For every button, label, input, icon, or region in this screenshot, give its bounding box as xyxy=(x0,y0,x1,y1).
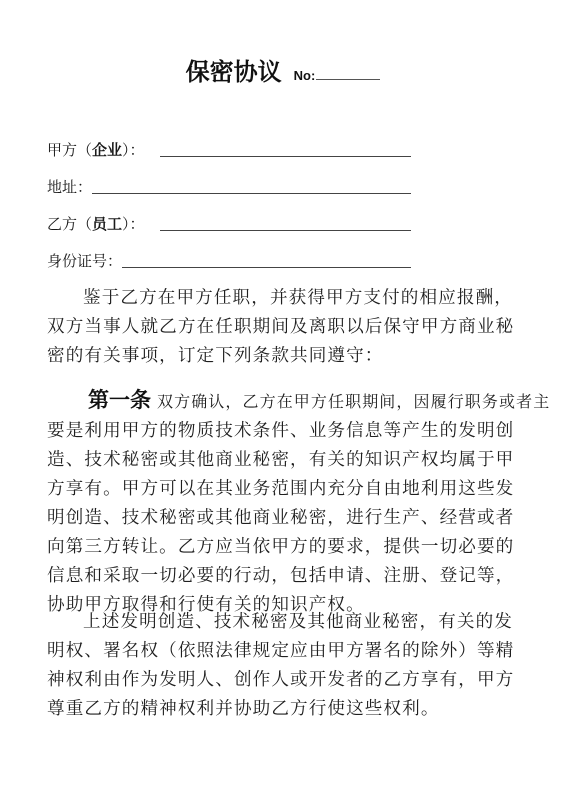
document-header: 保密协议No: xyxy=(0,52,566,87)
article-1-body: 要是利用甲方的物质技术条件、业务信息等产生的发明创造、技术秘密或其他商业秘密，有… xyxy=(47,417,517,620)
address-field-label: 地址： xyxy=(47,176,92,198)
article-1-first-line: 第一条双方确认，乙方在甲方任职期间，因履行职务或者主 xyxy=(47,386,517,417)
party-b-type: 员工 xyxy=(92,215,122,233)
article-1-heading: 第一条 xyxy=(88,388,151,412)
id-number-input-line[interactable] xyxy=(122,267,411,268)
party-a-input-line[interactable] xyxy=(160,156,411,157)
document-title: 保密协议 xyxy=(186,58,282,86)
contract-number-blank[interactable] xyxy=(316,65,380,80)
id-number-field-label: 身份证号： xyxy=(47,250,122,272)
party-a-field-label: 甲方（企业）： xyxy=(47,139,145,161)
moral-rights-paragraph: 上述发明创造、技术秘密及其他商业秘密，有关的发明权、署名权（依照法律规定应由甲方… xyxy=(47,608,517,724)
party-b-input-line[interactable] xyxy=(160,230,411,231)
preamble-paragraph: 鉴于乙方在甲方任职，并获得甲方支付的相应报酬，双方当事人就乙方在任职期间及离职以… xyxy=(47,284,517,371)
contract-number-label: No: xyxy=(294,68,316,83)
article-1: 第一条双方确认，乙方在甲方任职期间，因履行职务或者主 要是利用甲方的物质技术条件… xyxy=(47,386,517,620)
party-a-type: 企业 xyxy=(92,141,122,159)
address-input-line[interactable] xyxy=(92,193,411,194)
party-b-field-label: 乙方（员工）： xyxy=(47,213,145,235)
article-1-lead-text: 双方确认，乙方在甲方任职期间，因履行职务或者主 xyxy=(157,392,550,411)
